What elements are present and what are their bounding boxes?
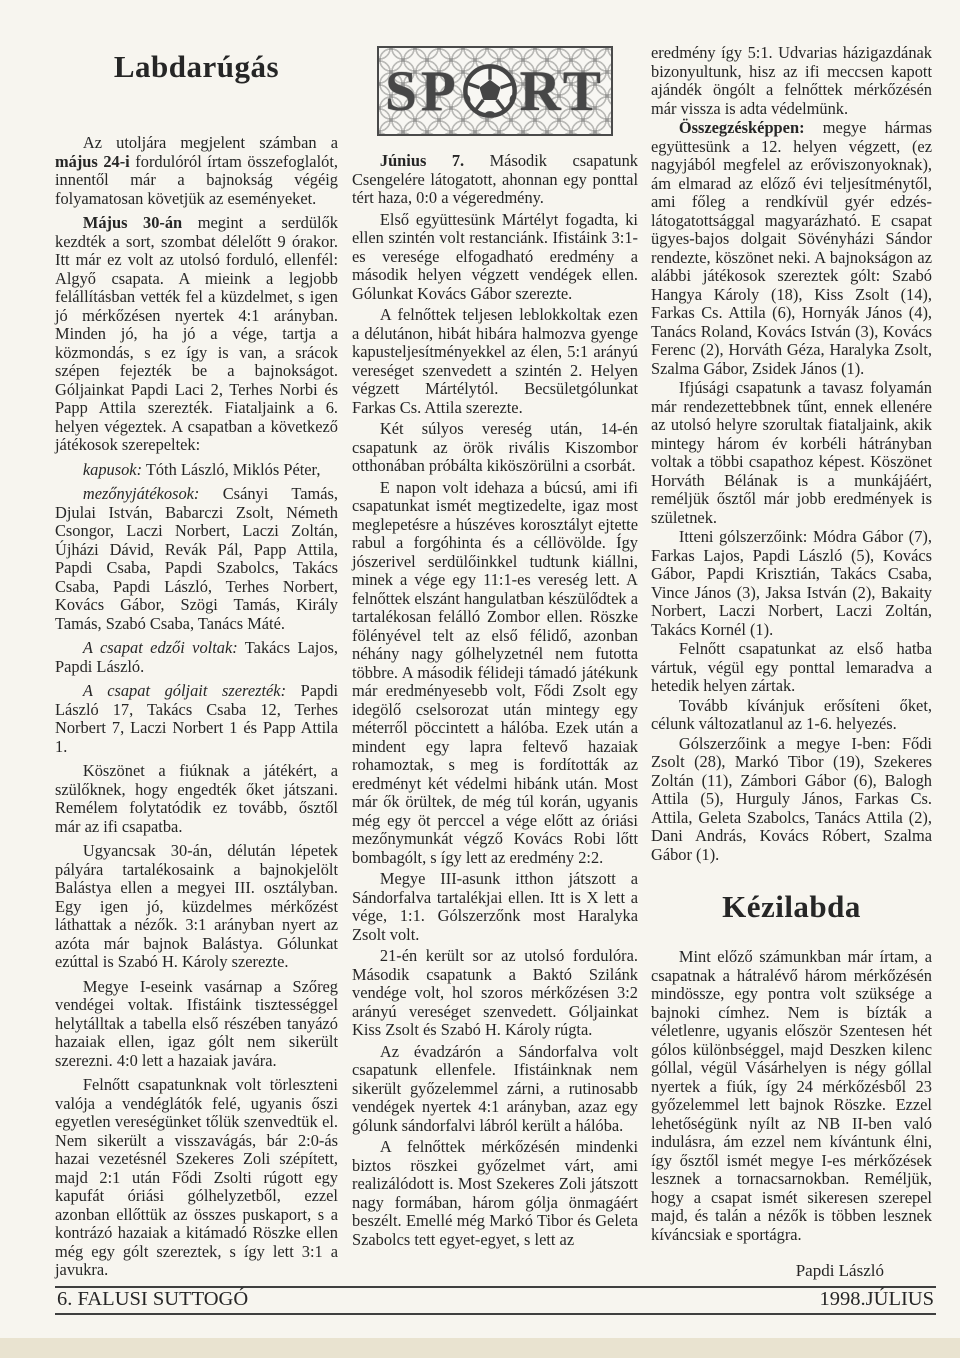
paragraph: A felnőttek mérkőzésén mindenki biztos r… <box>352 1138 638 1249</box>
page-footer: 6. FALUSI SUTTOGÓ 1998.JÚLIUS <box>55 1286 936 1315</box>
paragraph: A csapat edzői voltak: Takács Lajos, Pap… <box>55 639 338 676</box>
text-segment: Első együttesünk Mártélyt fogadta, ki el… <box>352 210 638 303</box>
text-segment: Megye III-asunk itthon játszott a Sándor… <box>352 869 638 944</box>
text-segment: E napon volt idehaza a búcsú, ami ifi cs… <box>352 478 638 867</box>
paragraph: A csapat góljait szerezték: Papdi László… <box>55 682 338 756</box>
text-segment: eredmény így 5:1. Udvarias házigazdának … <box>651 43 932 118</box>
text-segment: Június 7. <box>380 151 464 170</box>
football-articles-right: eredmény így 5:1. Udvarias házigazdának … <box>651 44 932 864</box>
text-segment: Csányi Tamás, Djulai István, Babarczi Zs… <box>55 484 338 633</box>
text-segment: Köszönet a fiúknak a játékért, a szülőkn… <box>55 761 338 836</box>
section-heading-handball: Kézilabda <box>651 890 932 924</box>
paragraph: E napon volt idehaza a búcsú, ami ifi cs… <box>352 479 638 868</box>
text-segment: Tovább kívánjuk erősíteni őket, célunk v… <box>651 696 932 734</box>
paragraph: Június 7. Második csapatunk Csengelére l… <box>352 152 638 208</box>
text-segment: Felnőtt csapatunknak volt törleszteni va… <box>55 1075 338 1279</box>
paragraph: Mint előző számunkban már írtam, a csapa… <box>651 948 932 1244</box>
paragraph: 21-én került sor az utolsó fordulóra. Má… <box>352 947 638 1040</box>
paragraph: Ugyancsak 30-án, délután lépetek pályára… <box>55 842 338 972</box>
paragraph: Első együttesünk Mártélyt fogadta, ki el… <box>352 211 638 304</box>
text-segment: május 24-i <box>55 152 130 171</box>
paragraph: Két súlyos vereség után, 14-én csapatunk… <box>352 420 638 476</box>
scan-edge-artifact <box>0 1338 960 1358</box>
section-heading-football: Labdarúgás <box>55 50 338 84</box>
text-segment: megint a serdülők kezdték a sort, szomba… <box>55 213 338 454</box>
text-segment: Az utoljára megjelent számban a <box>83 133 338 152</box>
handball-article: Mint előző számunkban már írtam, a csapa… <box>651 948 932 1244</box>
text-segment: Felnőtt csapatunkat az első hatba vártuk… <box>651 639 932 695</box>
text-segment: Május 30-án <box>83 213 182 232</box>
text-segment: A felnőttek teljesen leblokkoltak ezen a… <box>352 305 638 417</box>
paragraph: Május 30-án megint a serdülők kezdték a … <box>55 214 338 455</box>
text-segment: Ifjúsági csapatunk a tavasz folyamán már… <box>651 378 932 527</box>
paragraph: mezőnyjátékosok: Csányi Tamás, Djulai Is… <box>55 485 338 633</box>
text-segment: A csapat góljait szerezték: <box>83 681 286 700</box>
text-segment: A csapat edzői voltak: <box>83 638 238 657</box>
footer-date: 1998.JÚLIUS <box>820 1288 934 1311</box>
paragraph: Felnőtt csapatunknak volt törleszteni va… <box>55 1076 338 1280</box>
column-middle: SP RT Június 7 <box>352 46 638 1252</box>
text-segment: mezőnyjátékosok: <box>83 484 200 503</box>
paragraph: Az évadzárón a Sándorfalva volt csapatun… <box>352 1043 638 1136</box>
paragraph: A felnőttek teljesen leblokkoltak ezen a… <box>352 306 638 417</box>
sport-logo-text-sp: SP <box>385 63 460 120</box>
paragraph: Itteni gólszerzőink: Módra Gábor (7), Fa… <box>651 528 932 639</box>
author-signature: Papdi László <box>651 1262 932 1281</box>
paragraph: Tovább kívánjuk erősíteni őket, célunk v… <box>651 697 932 734</box>
text-segment: Mint előző számunkban már írtam, a csapa… <box>651 947 932 1244</box>
paragraph: Gólszerzőink a megye I-ben: Fődi Zsolt (… <box>651 735 932 865</box>
paragraph: Felnőtt csapatunkat az első hatba vártuk… <box>651 640 932 696</box>
text-segment: kapusok: <box>83 460 142 479</box>
newspaper-page: Labdarúgás Az utoljára megjelent számban… <box>0 0 960 1358</box>
paragraph: eredmény így 5:1. Udvarias házigazdának … <box>651 44 932 118</box>
text-segment: Gólszerzőink a megye I-ben: Fődi Zsolt (… <box>651 734 932 864</box>
football-articles-middle: Június 7. Második csapatunk Csengelére l… <box>352 152 638 1249</box>
sport-logo: SP RT <box>377 46 613 136</box>
soccer-ball-icon <box>462 63 518 119</box>
paragraph: Köszönet a fiúknak a játékért, a szülőkn… <box>55 762 338 836</box>
column-left: Labdarúgás Az utoljára megjelent számban… <box>55 50 338 1286</box>
paragraph: kapusok: Tóth László, Miklós Péter, <box>55 461 338 480</box>
paragraph: Ifjúsági csapatunk a tavasz folyamán már… <box>651 379 932 527</box>
paragraph: Megye I-eseink vasárnap a Szőreg vendége… <box>55 978 338 1071</box>
sport-logo-text-rt: RT <box>520 63 605 120</box>
paragraph: Az utoljára megjelent számban a május 24… <box>55 134 338 208</box>
paragraph: Megye III-asunk itthon játszott a Sándor… <box>352 870 638 944</box>
text-segment: Tóth László, Miklós Péter, <box>142 460 320 479</box>
text-segment: megye hármas együttesünk a 12. helyen vé… <box>651 118 932 378</box>
text-segment: Megye I-eseink vasárnap a Szőreg vendége… <box>55 977 338 1070</box>
text-segment: Itteni gólszerzőink: Módra Gábor (7), Fa… <box>651 527 932 639</box>
text-segment: Ugyancsak 30-án, délután lépetek pályára… <box>55 841 338 971</box>
text-segment: A felnőttek mérkőzésén mindenki biztos r… <box>352 1137 638 1249</box>
footer-page-title: 6. FALUSI SUTTOGÓ <box>57 1288 248 1311</box>
text-segment: 21-én került sor az utolsó fordulóra. Má… <box>352 946 638 1039</box>
text-segment: Összegzésképpen: <box>679 118 805 137</box>
football-articles-left: Az utoljára megjelent számban a május 24… <box>55 134 338 1280</box>
text-segment: Két súlyos vereség után, 14-én csapatunk… <box>352 419 638 475</box>
text-segment: Az évadzárón a Sándorfalva volt csapatun… <box>352 1042 638 1135</box>
paragraph: Összegzésképpen: megye hármas együttesün… <box>651 119 932 378</box>
column-right: eredmény így 5:1. Udvarias házigazdának … <box>651 44 932 1281</box>
